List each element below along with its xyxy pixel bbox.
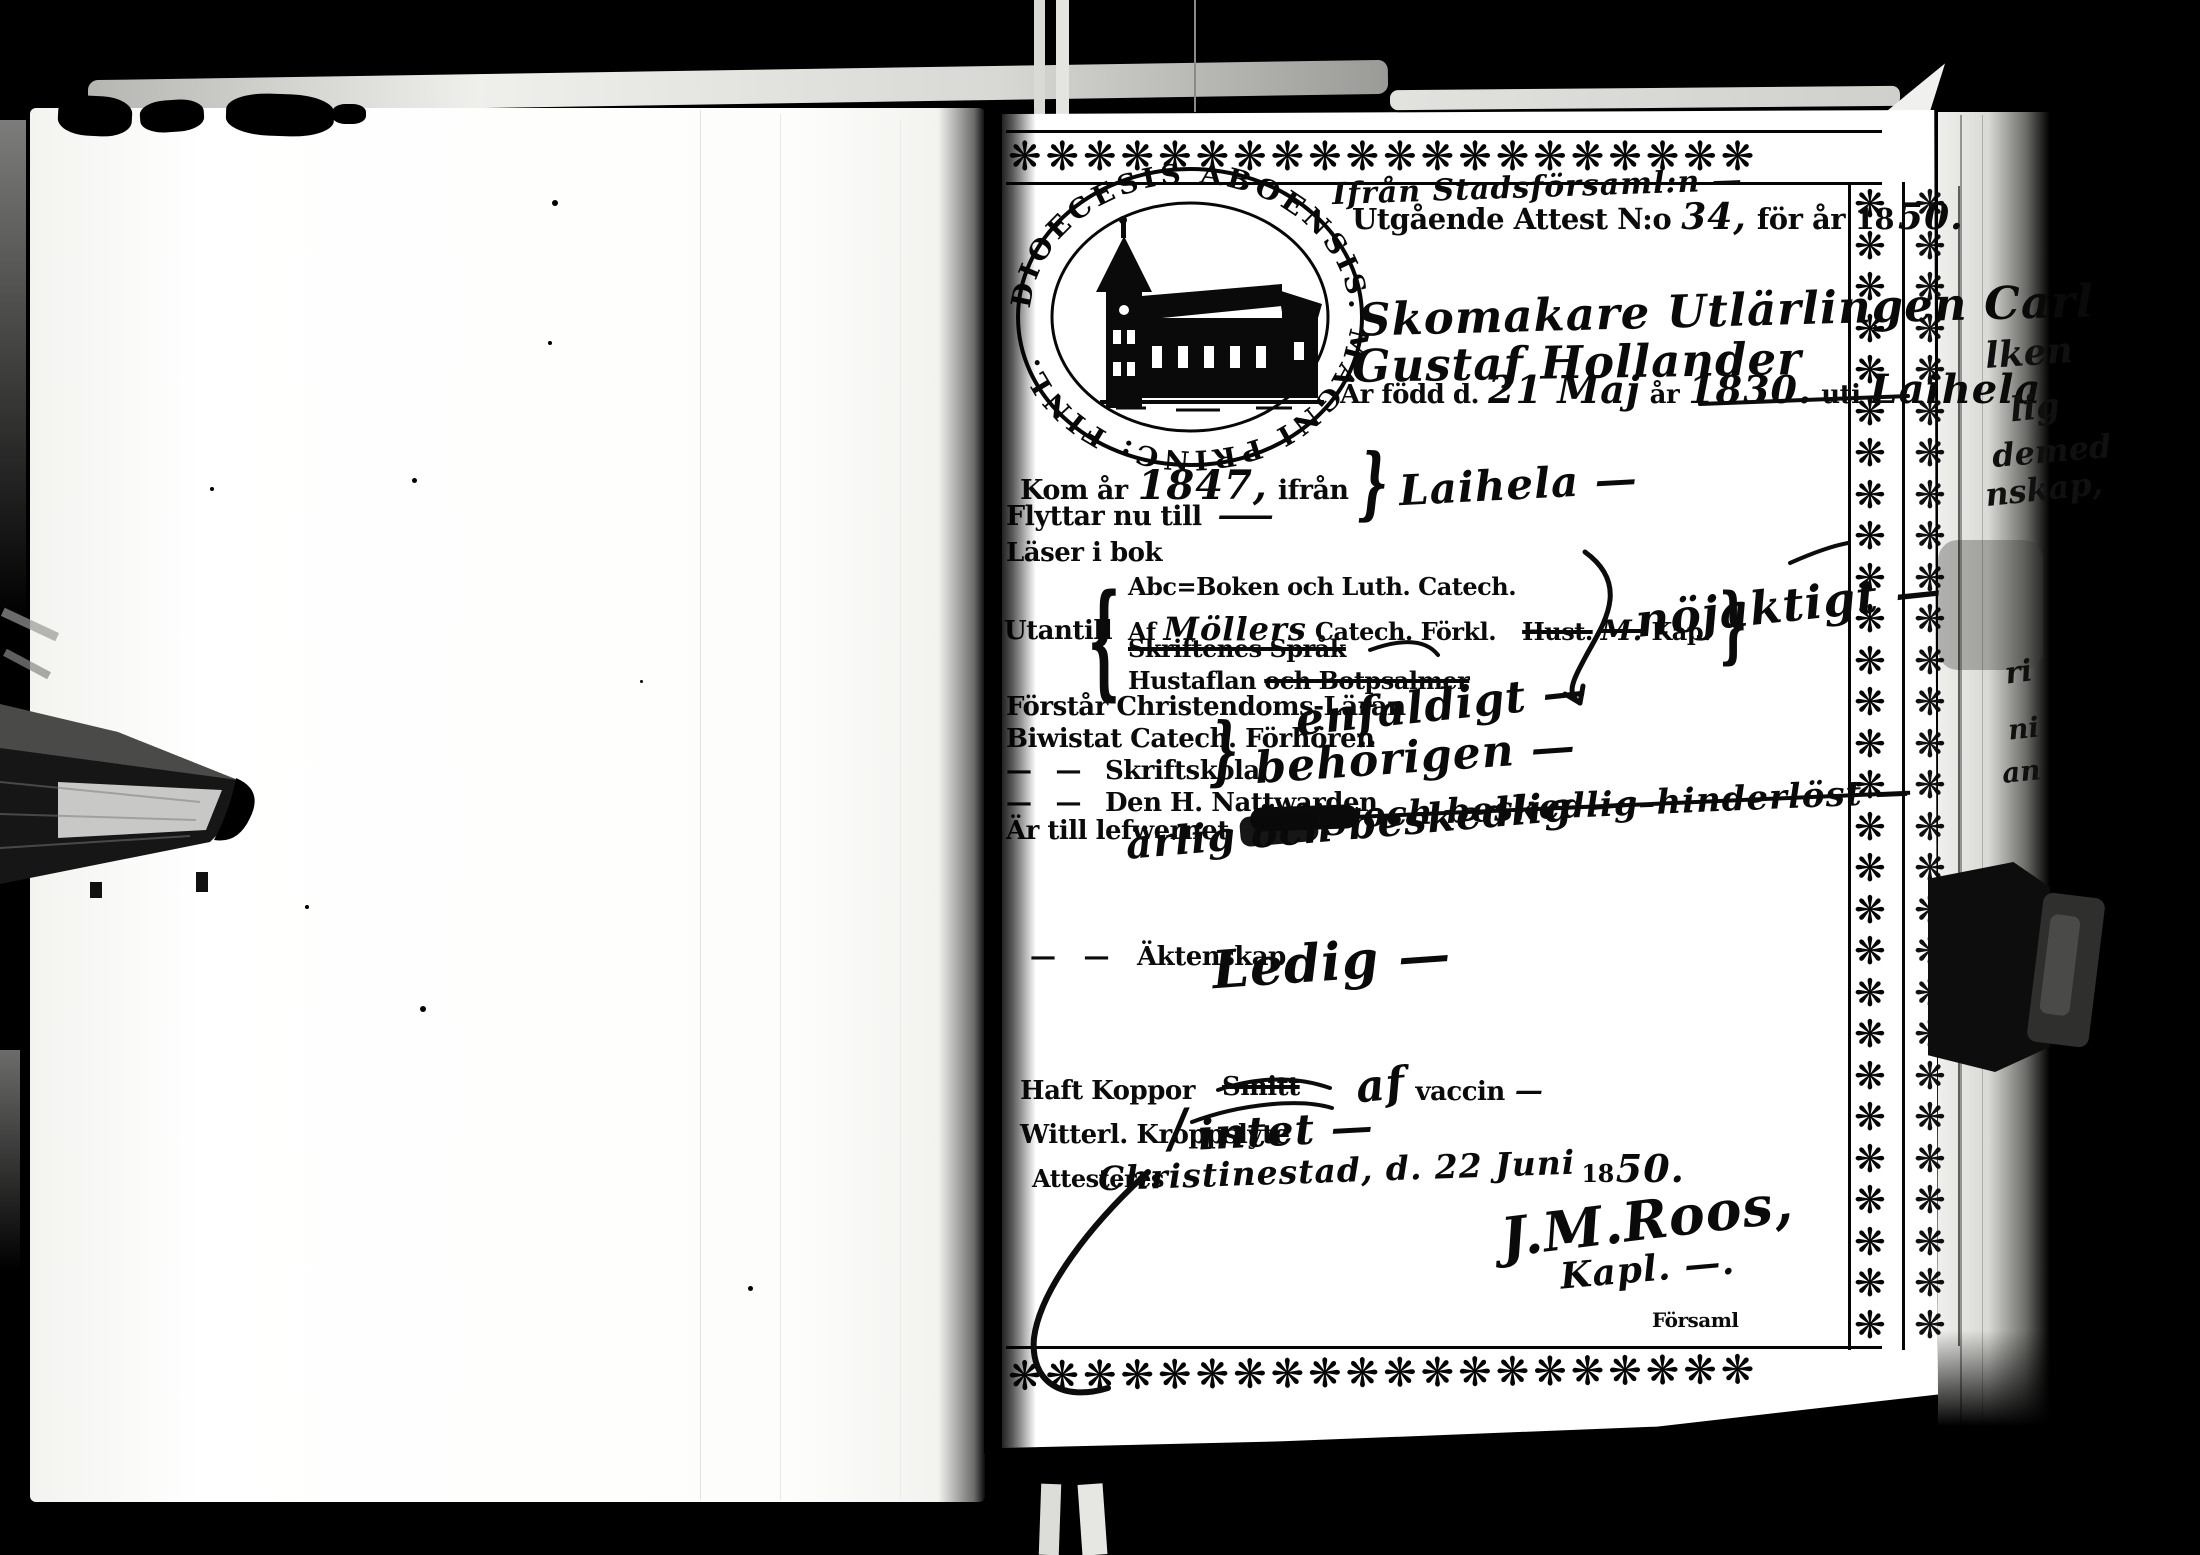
bookmark-ribbon [1039,1484,1061,1555]
gutter-shadow-left-page [938,108,986,1502]
book-scan: ❋❋❋❋❋❋❋❋❋❋❋❋❋❋❋❋❋❋❋❋ ❋❋❋❋❋❋❋❋❋❋❋❋❋❋❋❋❋❋❋… [0,0,2200,1555]
pen-flourishes [0,0,2200,1555]
margin-fragment: ni [2006,710,2040,746]
margin-fragment: ri [2003,653,2035,691]
bookmark-ribbon [1078,1483,1108,1555]
gutter-shadow-right-page [984,108,1036,1453]
margin-fragment: an [2000,753,2042,790]
margin-fragment: lig [2008,386,2062,431]
left-book-clasp [0,686,262,901]
margin-fragment: lken [1984,329,2074,377]
